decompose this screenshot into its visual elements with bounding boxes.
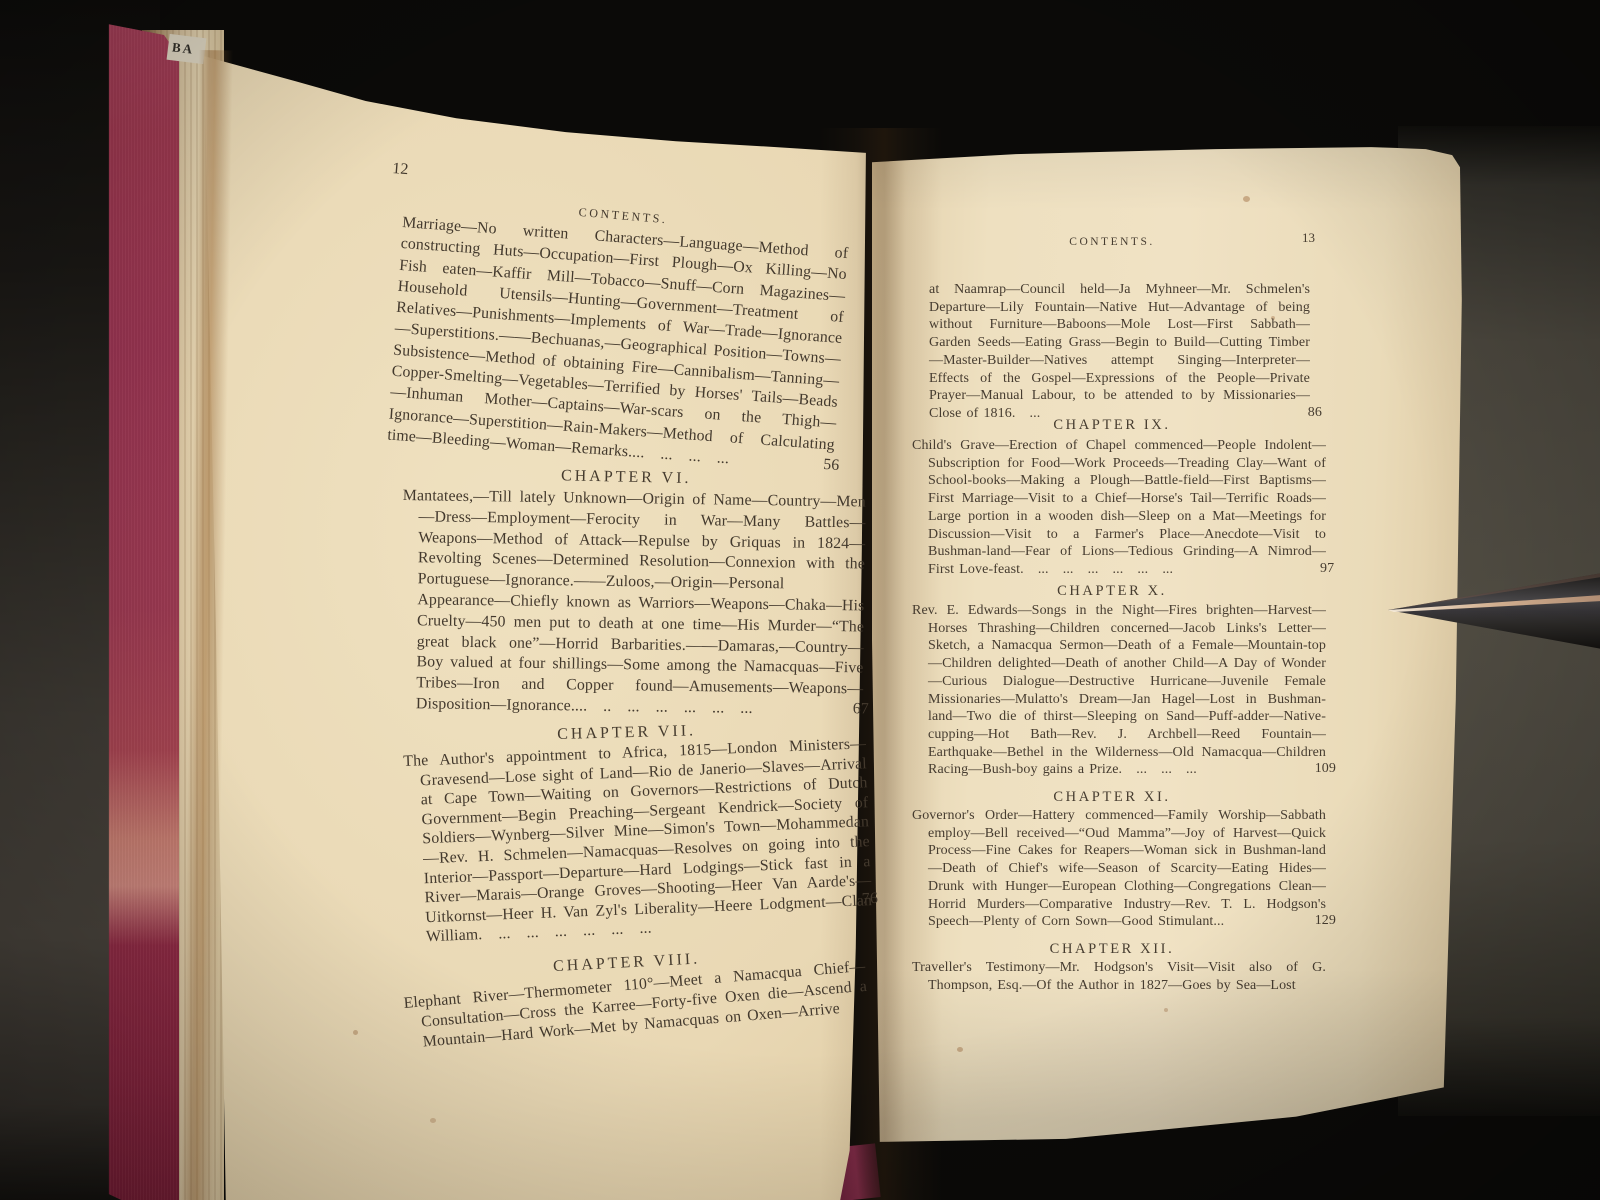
chapter-summary: Traveller's Testimony—Mr. Hodgson's Visi… [912,959,1326,994]
chapter-summary: Child's Grave—Erection of Chapel commenc… [912,437,1326,579]
dot-leaders: ... ... ... [1122,762,1197,777]
spine-label-text: BA [171,39,195,58]
cover-cloth-texture [104,16,179,1200]
dot-leaders: .. ... ... ... ... ... [587,698,753,717]
chapter-heading: CHAPTER X. [912,583,1312,600]
left-continuation-paragraph: Marriage—No written Characters—Language—… [387,212,849,477]
letter-opener-blade [1378,563,1600,655]
chapter-summary-text: Governor's Order—Hattery commenced—Famil… [912,808,1326,929]
right-page-number: 13 [1302,230,1332,246]
chapter-summary-text: The Author's appointment to Africa, 1815… [403,735,872,945]
chapter-summary: The Author's appointment to Africa, 1815… [403,734,873,948]
chapter-summary-text: Child's Grave—Erection of Chapel commenc… [912,438,1326,577]
chapter-summary-text: Traveller's Testimony—Mr. Hodgson's Visi… [912,960,1326,993]
right-continuation-paragraph: at Naamrap—Council held—Ja Myhneer—Mr. S… [929,281,1310,423]
page-ref-number: 129 [1331,912,1336,930]
dot-leaders: ... ... ... ... ... ... [1024,562,1173,577]
chapter-heading: CHAPTER IX. [912,417,1312,434]
chapter-summary-text: Mantatees,—Till lately Unknown—Origin of… [403,487,866,715]
chapter-summary: Governor's Order—Hattery commenced—Famil… [912,807,1326,931]
page-ref-number: 109 [1331,760,1336,778]
open-book-photo: BA 12 CONTENTS. Marriage—No written Char… [0,0,1600,1200]
chapter-heading: CHAPTER XII. [912,941,1312,958]
left-page-number: 12 [392,160,409,179]
chapter-summary-text: Marriage—No written Characters—Language—… [387,214,849,461]
right-running-head: CONTENTS. [912,236,1312,248]
blade-body [1388,573,1600,649]
chapter-summary-text: at Naamrap—Council held—Ja Myhneer—Mr. S… [929,282,1310,421]
dot-leaders: ... ... ... [644,444,730,467]
chapter-summary: Mantatees,—Till lately Unknown—Origin of… [400,486,866,721]
chapter-summary: Rev. E. Edwards—Songs in the Night—Fires… [912,602,1326,779]
chapter-summary-text: Rev. E. Edwards—Songs in the Night—Fires… [912,603,1326,777]
chapter-heading: CHAPTER XI. [912,789,1312,806]
